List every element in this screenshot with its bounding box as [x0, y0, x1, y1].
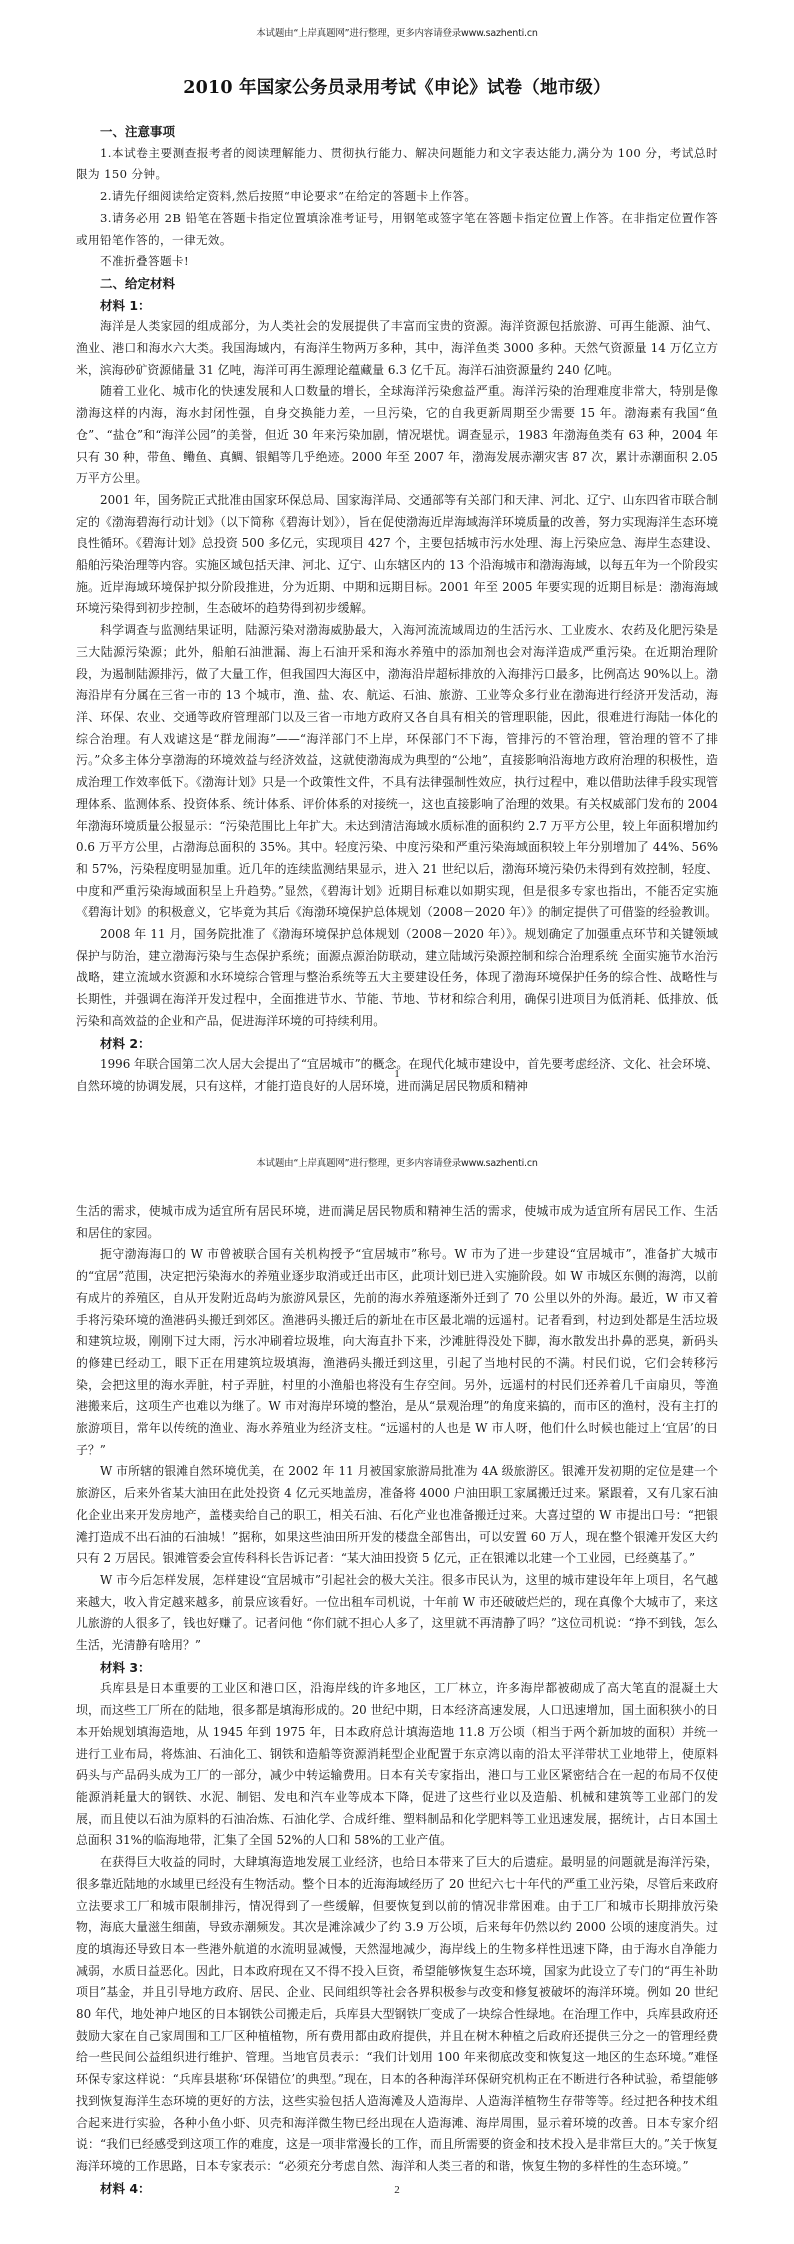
section-heading-notice: 一、注意事项 — [76, 121, 718, 143]
document-page-2: 本试题由“上岸真题网”进行整理，更多内容请登录www.sazhenti.cn 生… — [0, 1122, 794, 2244]
material-2-paragraph: 扼守渤海海口的 W 市曾被联合国有关机构授予“宜居城市”称号。W 市为了进一步建… — [76, 1244, 718, 1461]
page-number: 2 — [0, 2184, 794, 2196]
document-title: 2010 年国家公务员录用考试《申论》试卷（地市级） — [0, 74, 794, 99]
material-3-heading: 材料 3： — [76, 1657, 718, 1679]
notice-item-2: 2.请先仔细阅读给定资料,然后按照“申论要求”在给定的答题卡上作答。 — [76, 186, 718, 208]
material-1-paragraph: 随着工业化、城市化的快速发展和人口数量的增长，全球海洋污染愈益严重。海洋污染的治… — [76, 381, 718, 490]
notice-item-4: 不准折叠答题卡! — [76, 251, 718, 273]
material-2-heading: 材料 2： — [76, 1033, 718, 1055]
material-1-paragraph: 科学调查与监测结果证明，陆源污染对渤海威胁最大，入海河流流域周边的生活污水、工业… — [76, 620, 718, 924]
material-2-paragraph: W 市今后怎样发展，怎样建设“宜居城市”引起社会的极大关注。很多市民认为，这里的… — [76, 1570, 718, 1657]
material-1-paragraph: 2008 年 11 月，国务院批准了《渤海环境保护总体规划（2008－2020 … — [76, 924, 718, 1033]
page-1-body: 一、注意事项 1.本试卷主要测查报考者的阅读理解能力、贯彻执行能力、解决问题能力… — [76, 121, 718, 1098]
page-header-watermark: 本试题由“上岸真题网”进行整理，更多内容请登录www.sazhenti.cn — [0, 25, 794, 39]
page-header-watermark: 本试题由“上岸真题网”进行整理，更多内容请登录www.sazhenti.cn — [0, 1155, 794, 1169]
page-2-body: 生活的需求，使城市成为适宜所有居民环境，进而满足居民物质和精神生活的需求，使城市… — [76, 1201, 718, 2199]
material-1-heading: 材料 1： — [76, 295, 718, 317]
document-page-1: 本试题由“上岸真题网”进行整理，更多内容请登录www.sazhenti.cn 2… — [0, 0, 794, 1122]
material-1-paragraph: 海洋是人类家园的组成部分，为人类社会的发展提供了丰富而宝贵的资源。海洋资源包括旅… — [76, 316, 718, 381]
page-number: 1 — [0, 1068, 794, 1080]
material-2-paragraph-continued: 生活的需求，使城市成为适宜所有居民环境，进而满足居民物质和精神生活的需求，使城市… — [76, 1201, 718, 1244]
notice-item-1: 1.本试卷主要测查报考者的阅读理解能力、贯彻执行能力、解决问题能力和文字表达能力… — [76, 143, 718, 186]
material-3-paragraph: 在获得巨大收益的同时，大肆填海造地发展工业经济，也给日本带来了巨大的后遗症。最明… — [76, 1852, 718, 2178]
material-2-paragraph: W 市所辖的银滩自然环境优美，在 2002 年 11 月被国家旅游局批准为 4A… — [76, 1461, 718, 1570]
notice-item-3: 3.请务必用 2B 铅笔在答题卡指定位置填涂准考证号，用钢笔或签字笔在答题卡指定… — [76, 208, 718, 251]
material-3-paragraph: 兵库县是日本重要的工业区和港口区，沿海岸线的许多地区，工厂林立，许多海岸都被砌成… — [76, 1678, 718, 1852]
section-heading-materials: 二、给定材料 — [76, 273, 718, 295]
material-1-paragraph: 2001 年，国务院正式批准由国家环保总局、国家海洋局、交通部等有关部门和天津、… — [76, 490, 718, 620]
